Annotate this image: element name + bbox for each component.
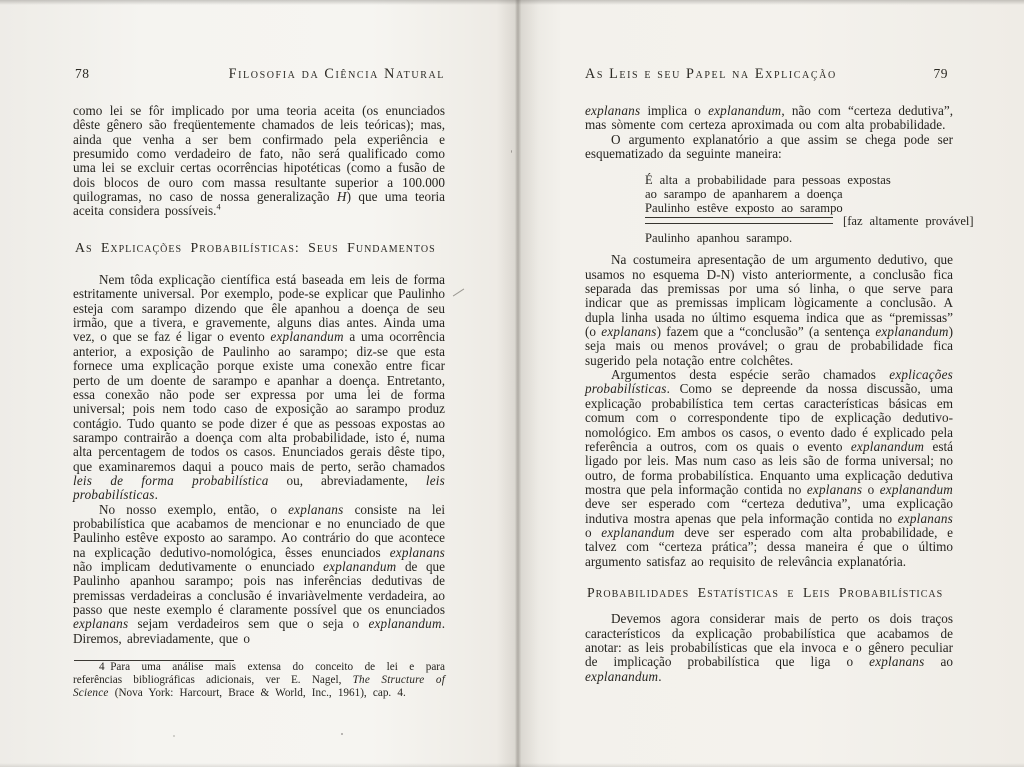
page-right: As Leis e seu Papel na Explicação 79 exp… bbox=[585, 60, 953, 684]
paragraph: Na costumeira apresentação de um argumen… bbox=[585, 253, 953, 368]
paragraph: Nem tôda explicação científica está base… bbox=[73, 273, 445, 503]
schema-premise: Paulinho estêve exposto ao sarampo bbox=[645, 201, 953, 215]
paragraph: Argumentos desta espécie serão chamados … bbox=[585, 368, 953, 569]
right-running-header: As Leis e seu Papel na Explicação 79 bbox=[585, 66, 953, 88]
paragraph: explanans implica o explanandum, não com… bbox=[585, 104, 953, 133]
paragraph: No nosso exemplo, então, o explanans con… bbox=[73, 503, 445, 646]
paragraph: O argumento explanatório a que assim se … bbox=[585, 133, 953, 162]
left-running-title: Filosofia da Ciência Natural bbox=[229, 66, 445, 83]
footnote-block: 4 Para uma análise mais extensa do conce… bbox=[73, 660, 445, 700]
page-left: 78 Filosofia da Ciência Natural como lei… bbox=[73, 60, 445, 700]
left-running-header: 78 Filosofia da Ciência Natural bbox=[73, 66, 445, 88]
scan-bottom-edge bbox=[0, 763, 1024, 767]
left-body-text: como lei se fôr implicado por uma teoria… bbox=[73, 104, 445, 700]
book-scan: 78 Filosofia da Ciência Natural como lei… bbox=[0, 0, 1024, 767]
schema-conclusion: Paulinho apanhou sarampo. bbox=[645, 231, 953, 245]
book-gutter bbox=[497, 0, 539, 767]
left-page-number: 78 bbox=[75, 66, 90, 82]
scan-speck bbox=[341, 733, 343, 735]
scan-speck bbox=[173, 735, 175, 737]
scan-speck bbox=[511, 150, 512, 153]
schema-rule-row: [faz altamente provável] bbox=[645, 217, 953, 226]
schema-premise: É alta a probabilidade para pessoas expo… bbox=[645, 173, 953, 187]
scan-top-edge bbox=[0, 0, 1024, 5]
right-body-text: explanans implica o explanandum, não com… bbox=[585, 104, 953, 684]
footnote: 4 Para uma análise mais extensa do conce… bbox=[73, 661, 445, 700]
schema-premise: ao sarampo de apanharem a doença bbox=[645, 187, 953, 201]
section-heading-statistical-probabilities: Probabilidades Estatísticas e Leis Proba… bbox=[587, 586, 953, 600]
right-page-number: 79 bbox=[934, 66, 949, 82]
right-running-title: As Leis e seu Papel na Explicação bbox=[585, 66, 837, 83]
schema-bracket-note: [faz altamente provável] bbox=[843, 214, 974, 228]
paragraph: Devemos agora considerar mais de perto o… bbox=[585, 612, 953, 684]
section-heading-probabilistic-explanations: As Explicações Probabilísticas: Seus Fun… bbox=[75, 241, 445, 255]
probabilistic-argument-schema: É alta a probabilidade para pessoas expo… bbox=[645, 173, 953, 245]
paragraph: como lei se fôr implicado por uma teoria… bbox=[73, 104, 445, 219]
schema-double-rule bbox=[645, 217, 833, 224]
